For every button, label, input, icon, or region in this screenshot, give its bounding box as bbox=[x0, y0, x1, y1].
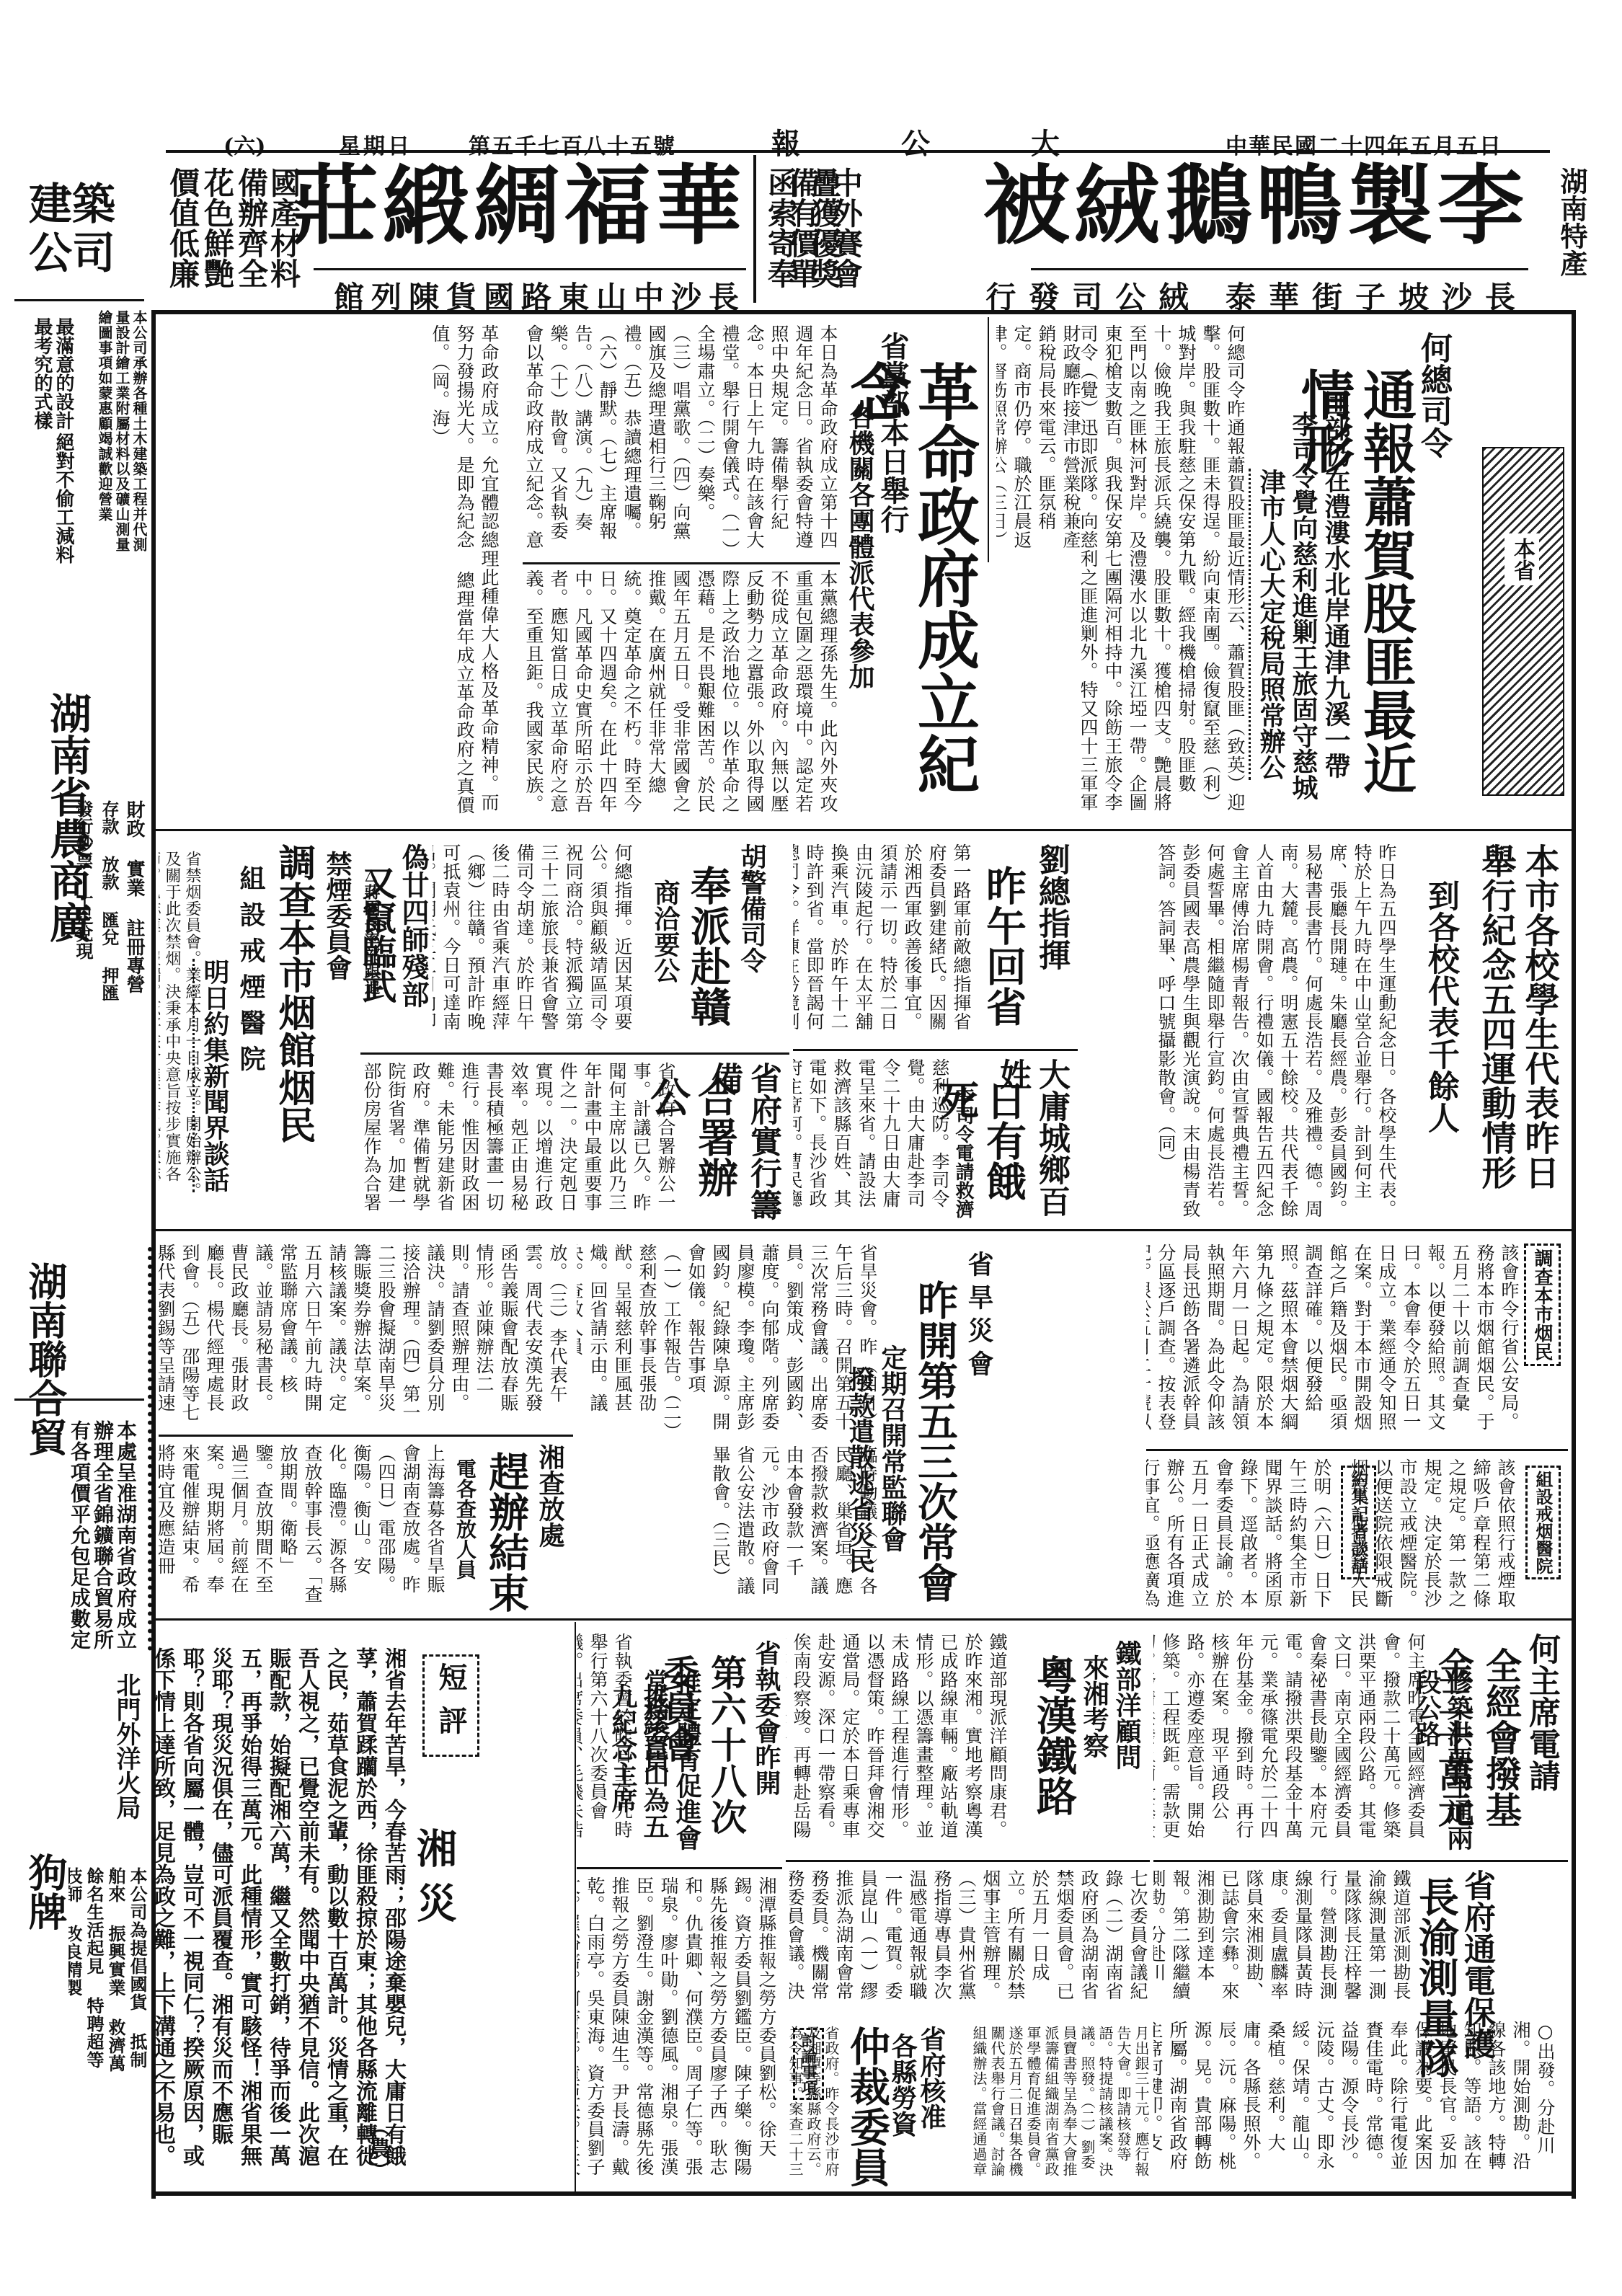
article-hu-guard: 胡警備司令 奉派赴贛 商洽要公 何總指揮。近因某項要公。須與顧級靖區司令祝同商洽… bbox=[433, 836, 789, 1052]
drought-kicker: 省旱災會 bbox=[963, 1251, 995, 1383]
opium-subhead: 組設戒煙醫院 bbox=[235, 865, 267, 1081]
liu-kicker: 劉總指揮 bbox=[1032, 843, 1071, 970]
dayong-body: 慈利巡防。李司令覺。由大庸赴李司令二十九日由大庸電呈來省。請設法救濟該縣百姓、其… bbox=[793, 1058, 952, 1220]
hu-subhead: 商洽要公 bbox=[650, 879, 681, 983]
article-arbitration-main: 省府核准 各縣勞資 仲裁委員 省政府。昨令長沙市府及湘潭等縣縣政府云。為令知事。… bbox=[786, 2018, 1150, 2188]
opium-kicker: 禁煙委員會 bbox=[322, 851, 353, 980]
exec-kicker: 省執委會昨開 bbox=[750, 1640, 782, 1796]
ad-silk-rule bbox=[314, 268, 746, 270]
drought-motions: 臨時動議（一）各民廳、巢省垣。應否撥款救濟案。議由本會發款一千元。沙市政府會同省… bbox=[577, 1445, 879, 1611]
ad-trade-union: 湖南聯合貿 本處呈准湖南省政府成立辦理全省錦鑛聯合貿易所有各項價平允包足成數定 bbox=[14, 1247, 152, 1651]
ad-silk-shop: 華福綢緞莊 長沙中山東路國貨陳列館 國產材料 備辦齊全 花色鮮艷 價值低廉 bbox=[155, 153, 753, 308]
bandits-body: 何總司令昨通報蕭賀股匪最近情形云、蕭賀股匪（致英）迎擊。股匪數十。匪未得逞。紛向… bbox=[1081, 324, 1247, 815]
article-fund-request: 何主席電請 全經會撥基金二十萬元 修築洪栗平通兩段公路 何主席昨電全國經濟委員會… bbox=[1153, 1626, 1568, 1856]
exec-body: 省執委會於昨日上午九時舉行第六十八次委員會議。出席委員、毛飛朱浩懷。陳大榕。諸假… bbox=[577, 1633, 634, 1856]
exec-body-2: 七次委員會議紀錄（二）湖南省政府函為湖南省禁烟委員會。已於五月一日成立。所有關於… bbox=[789, 1869, 1150, 2013]
arbitration-body: 省政府。昨令長沙市府及湘潭等縣縣政府云。為令知事。案查二十三年至二十四年份本省應… bbox=[786, 2026, 840, 2181]
article-merged-office: 省府實行籌備 合署辦公 省政府合署辦公一事。計議已久。昨聞何主席以此乃三年計畫中… bbox=[360, 1052, 789, 1228]
merged-body: 省政府合署辦公一事。計議已久。昨聞何主席以此乃三年計畫中最重要事件之一。決定剋日… bbox=[360, 1062, 678, 1220]
ad-duck-title: 李製鴨鵝絨被 bbox=[983, 160, 1528, 254]
article-arbitration: 湘潭縣推報之勞方委員劉松。徐天錫。資方委員劉鑑臣。陳子樂。衡陽縣先後推報之勞方委… bbox=[577, 1867, 782, 2190]
ad-duck-down: 湖南特產 李製鴨鵝絨被 長沙坡子街華泰 絨公司發行 中外賽會 疊獲優獎 備有價單… bbox=[757, 153, 1586, 308]
ad-duck-rule bbox=[1031, 268, 1528, 270]
revolution-body: 本日為革命政府成立第十四週年紀念日。省執委會特遵照中央規定。籌備舉行紀念。本日上… bbox=[523, 324, 840, 555]
article-finance-note: 財政廳昨接津市營業稅兼產銷稅局長來電云。匪氛稍定。商市仍停。職於江晨返津。督飭照… bbox=[988, 317, 1083, 562]
ad-bank-service-3: 發行鈔票 十足兌現 bbox=[71, 800, 96, 959]
rehab-box-label: 組設戒烟醫院 bbox=[1525, 1466, 1561, 1579]
article-press-talk: 於明（六日）日下午三時約集全市新聞界談話。將函原錄下。逕啟者。本會奉委員長諭。於… bbox=[1146, 1449, 1568, 1617]
arbitration-kicker: 省府核准 bbox=[916, 2026, 947, 2129]
ad-divider bbox=[753, 155, 756, 303]
article-smoke-survey: 調查本市烟民 該會昨令行省公安局。務將本市烟館烟民。于五月二十以前調查彙報。以便… bbox=[1146, 1236, 1568, 1445]
ad-firecracker-body: 本公司為提倡國貨 抵制舶來 振興實業 救濟萬餘名生活起見 特聘超等技師 改良精製 bbox=[68, 1867, 148, 2083]
hu-kicker: 胡警備司令 bbox=[736, 843, 768, 973]
yuehan-headline: 粵漢鐵路 bbox=[1030, 1654, 1078, 1816]
ad-duck-side-4: 函索寄奉 bbox=[761, 167, 801, 288]
relief-subhead: 電各查放人員 bbox=[451, 1458, 479, 1579]
arbitration-subkicker: 各縣勞資 bbox=[887, 2033, 918, 2137]
yuehan-body: 鐵道部現派洋顧問康君。於昨來湘。實地考察粵漢已成路線車輛。廠站軌道情形。以憑籌畫… bbox=[786, 1633, 1009, 1849]
liu-body: 第一路軍前敵總指揮省府委員劉建緒氏。因關於湘西軍政善後事宜。須請示一切。特於二日… bbox=[793, 843, 973, 1038]
yuehan-kicker: 鐵部洋顧問 bbox=[1111, 1640, 1143, 1770]
article-liu-return: 劉總指揮 昨午回省 第一路軍前敵總指揮省府委員劉建緒氏。因關於湘西軍政善後事宜。… bbox=[793, 836, 1078, 1045]
article-drought-committee: 省旱災會 昨開第五三次常會 定期召開常監聯會 撥款遣散逃省災民 省旱災會。昨（四… bbox=[577, 1236, 1139, 1626]
article-dayong: 大庸城鄉百姓 日有餓死 李司令電請救濟 慈利巡防。李司令覺。由大庸赴李司令二十九… bbox=[793, 1049, 1078, 1228]
may-fourth-body: 昨日為五四學生運動紀念日。各校學生代表。特於上午九時在中山堂合並舉行。計到何主席… bbox=[1081, 843, 1399, 1218]
ad-construction: 建築公司 本公司承辦各種土木建築工程并代測量設計繪工業附屬材料以及礦山測量繪圖事… bbox=[14, 166, 148, 569]
article-24th-division: 偽廿四師殘部 又竄臨武 △蔣團長率部跟追 bbox=[360, 836, 433, 1052]
fund-kicker: 何主席電請 bbox=[1522, 1633, 1561, 1791]
article-survey-team: 省府通電保護 長渝測量隊 鐵道部派測勘長渝線測量第一測量隊隊長汪梓馨行。營測勘長… bbox=[1153, 1860, 1568, 2190]
opium-body: 省禁烟委員會。業經本月一日成立。開始辦公。及關于此次禁烟。決秉承中央意旨按步實施… bbox=[159, 851, 202, 1211]
ad-construction-slogan-3: 絕對不偷工減料 bbox=[50, 433, 77, 564]
ad-firecracker-brand: 狗牌 bbox=[22, 1853, 69, 1931]
hu-body: 何總指揮。近因某項要公。須與顧級靖區司令祝同商洽。特派獨立第三十二旅旅長兼省會警… bbox=[433, 843, 634, 1045]
ad-silk-side-4: 價值低廉 bbox=[162, 167, 203, 288]
right-column-rule bbox=[1572, 310, 1576, 2199]
fund-body: 何主席昨電全國經濟委員會。撥款二十萬元。修築洪栗平通兩段公路。其電文曰。南京全國… bbox=[1153, 1633, 1427, 1849]
revolution-tail: 革命政府成立。允宜體認總理此種偉大人格及革命精神。而努力發揚光大。是即為紀念 總… bbox=[155, 324, 501, 815]
ad-firecracker-address: 北門外洋火局 bbox=[112, 1672, 141, 1845]
relief-kicker: 湘查放處 bbox=[534, 1444, 566, 1548]
editorial-rule bbox=[575, 1622, 576, 2191]
bandits-subhead-2: 李司令覺向慈利進剿王旅固守慈城 bbox=[1288, 411, 1319, 800]
finance-note-body: 財政廳昨接津市營業稅兼產銷稅局長來電云。匪氛稍定。商市仍停。職於江晨返津。督飭照… bbox=[996, 324, 1083, 555]
ad-bank-service-2: 存款 放款 匯兌 押匯 bbox=[97, 800, 122, 1001]
ad-bank-service-1: 財政 實業 註冊專營 bbox=[121, 800, 148, 993]
hu-headline: 奉派赴贛 bbox=[684, 865, 732, 1027]
drought-body: 省旱災會。昨（四日）午后三時。召開第五十三次常務會議。出席委員。劉策成、彭國鈞、… bbox=[577, 1244, 879, 1438]
rehab-body: 該會依照行戒煙取締吸戶章程第二條之規定。第一款之規定。決定於長沙市設立戒煙醫院。… bbox=[1344, 1458, 1517, 1610]
may-fourth-subhead: 到各校代表千餘人 bbox=[1421, 879, 1460, 1133]
bandits-kicker: 何總司令 bbox=[1414, 332, 1453, 458]
article-bandits: 本省 何總司令 通報蕭賀股匪最近情形 匪部仍在澧漊水北岸通津九溪一帶 李司令覺向… bbox=[1081, 317, 1568, 822]
editorial-body: 湘省去年苦旱，今春苦雨；邵陽途棄嬰兒，大庸日有餓莩，蕭賀蹂躪於西，徐匪殺掠於東；… bbox=[162, 1647, 407, 2173]
ad-firecracker: 北門外洋火局 狗牌 本公司為提倡國貨 抵制舶來 振興實業 救濟萬餘名生活起見 特… bbox=[14, 1665, 148, 2069]
ad-silk-title: 華福綢緞莊 bbox=[292, 160, 746, 254]
may-fourth-headline: 本市各校學生代表昨日舉行紀念五四運動情形 bbox=[1474, 843, 1561, 1218]
bottom-content-rule bbox=[151, 2191, 1576, 2196]
arbitration-body-2: 湘潭縣推報之勞方委員劉松。徐天錫。資方委員劉鑑臣。陳子樂。衡陽縣先後推報之勞方委… bbox=[577, 1876, 779, 2183]
revolution-rule bbox=[523, 562, 840, 564]
press-talk-body: 於明（六日）日下午三時約集全市新聞界談話。將函原錄下。逕啟者。本會奉委員長諭。於… bbox=[1146, 1458, 1334, 1610]
ad-construction-slogan-2: 最考究的式樣 bbox=[29, 317, 56, 430]
yuehan-subkicker: 來湘考察 bbox=[1078, 1654, 1110, 1758]
bandits-side-note: 津市人心大定稅局照常辦公 bbox=[1249, 469, 1287, 780]
article-opium-survey: 禁煙委員會 調查本市烟館烟民 組設戒煙醫院 明日約集新聞界談話 省禁烟委員會。業… bbox=[159, 836, 360, 1225]
survey-body: 鐵道部派測勘長渝線測量第一測量隊隊長汪梓馨行。營測勘長測線測量隊員黃時康。委員盧… bbox=[1153, 1869, 1413, 2013]
ad-silk-side-3: 花色鮮艷 bbox=[197, 167, 237, 288]
article-joint-meeting: 放。（三）李代表午雲。周代表安漢先發函告義賑會配放春賑情形。並陳辦法二則。請查照… bbox=[159, 1236, 573, 1431]
relief-headline: 趕辦結束 bbox=[482, 1451, 530, 1613]
ad-construction-rule bbox=[14, 299, 144, 301]
article-relief-check: 湘查放處 趕辦結束 電各查放人員 上海籌募各省旱賑會湖南查放處。昨（四日）電邵陽… bbox=[159, 1435, 573, 1617]
drought-subhead-1: 定期召開常監聯會 bbox=[877, 1344, 908, 1552]
smoke-survey-box-label: 調查本市烟民 bbox=[1524, 1244, 1561, 1366]
section-tag-local: 本省 bbox=[1504, 533, 1539, 585]
article-may-fourth: 本市各校學生代表昨日舉行紀念五四運動情形 到各校代表千餘人 昨日為五四學生運動紀… bbox=[1081, 836, 1568, 1225]
section-pagoda-illustration bbox=[1482, 447, 1564, 796]
division-subhead: △蔣團長率部跟追 bbox=[360, 865, 383, 995]
drought-headline: 昨開第五三次常會 bbox=[911, 1280, 959, 1603]
liu-headline: 昨午回省 bbox=[980, 865, 1027, 1027]
province-meeting-body: 月出銀三十元。應行報告大會。即請核發等語。特提請核議案。決議。照發。（二）劉委員… bbox=[970, 2026, 1150, 2181]
article-yuehan-railway: 鐵部洋顧問 來湘考察 粵漢鐵路 鐵道部現派洋顧問康君。於昨來湘。實地考察粵漢已成… bbox=[786, 1626, 1150, 1856]
dayong-subhead: 李司令電請救濟 bbox=[950, 1087, 977, 1218]
ad-trade-body: 本處呈准湖南省政府成立辦理全省錦鑛聯合貿易所有各項價平允包足成數定 bbox=[14, 1420, 137, 1651]
editorial-headline: 湘災 bbox=[410, 1827, 458, 1937]
survey-body-2: ○出發。分赴川湘。開始測勘。沿線各該地方。特轉知照。等語。該在地軍民長官。妥加保… bbox=[1153, 2021, 1557, 2179]
bandits-subhead-1: 匪部仍在澧漊水北岸通津九溪一帶 bbox=[1320, 389, 1352, 779]
ad-duck-vertical-label: 湖南特產 bbox=[1557, 167, 1586, 277]
relief-body: 上海籌募各省旱賑會湖南查放處。昨（四日）電邵陽。衡陽。衡山。安化。臨澧。源各縣查… bbox=[159, 1444, 447, 1610]
joint-meeting-body: 放。（三）李代表午雲。周代表安漢先發函告義賑會配放春賑情形。並陳辦法二則。請查照… bbox=[159, 1244, 570, 1424]
row1-rule bbox=[155, 829, 1572, 831]
smoke-survey-body: 該會昨令行省公安局。務將本市烟館烟民。于五月二十以前調查彙報。以便發給照。其文曰… bbox=[1146, 1244, 1521, 1438]
ad-construction-body: 本公司承辦各種土木建築工程并代測量設計繪工業附屬材料以及礦山測量繪圖事項如蒙惠顧… bbox=[68, 310, 148, 562]
ad-trade-rule bbox=[14, 1399, 144, 1401]
row3-rule bbox=[155, 1618, 1572, 1621]
editorial-byline: （農） bbox=[361, 2116, 393, 2181]
article-revolution-government: 省黨部本日舉行 革命政府成立紀念 各機關各團體派代表參加 本日為革命政府成立第十… bbox=[155, 317, 984, 822]
article-exec-committee: 省執委會昨開 第六十八次委員會 推定體育促進會常務委員 推繆崑山為五九紀念主席 … bbox=[577, 1626, 782, 1863]
article-editorial: 短評 湘災 湘省去年苦旱，今春苦雨；邵陽途棄嬰兒，大庸日有餓莩，蕭賀蹂躪於西，徐… bbox=[159, 1626, 573, 2188]
revolution-subhead: 各機關各團體派代表參加 bbox=[844, 404, 876, 689]
opium-headline: 調查本市烟館烟民 bbox=[270, 843, 317, 1143]
revolution-body-2: 本黨總理孫先生。此內外夾攻重重包圍之惡環境中。認定若不從成立革命政府。內無以壓反… bbox=[523, 569, 840, 815]
arbitration-headline: 仲裁委員 bbox=[843, 2026, 891, 2187]
ad-bank: 湖南省農商廣 財政 實業 註冊專營 存款 放款 匯兌 押匯 發行鈔票 十足兌現 bbox=[14, 678, 148, 1038]
top-content-rule bbox=[151, 310, 1576, 314]
editorial-box-label: 短評 bbox=[422, 1654, 479, 1757]
ad-construction-title: 建築公司 bbox=[29, 180, 144, 278]
row2-rule bbox=[155, 1229, 1572, 1231]
